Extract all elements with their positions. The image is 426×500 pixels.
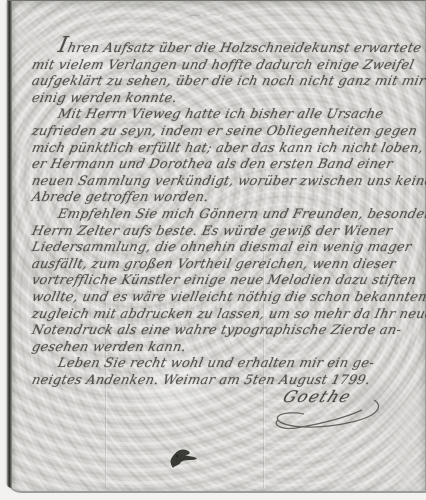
handwriting-line: wollte, und es wäre vielleicht nöthig di…: [30, 290, 420, 307]
handwriting-line: Ihren Aufsatz über die Holzschneidekunst…: [30, 38, 420, 58]
handwriting-line: neigtes Andenken. Weimar am 5ten August …: [30, 373, 420, 390]
letter-body: Ihren Aufsatz über die Holzschneidekunst…: [30, 38, 416, 389]
handwriting-line: neuen Sammlung verkündigt, worüber zwisc…: [30, 174, 420, 191]
handwriting-line: Leben Sie recht wohl und erhalten mir ei…: [30, 356, 420, 373]
scanned-letter-page: Ihren Aufsatz über die Holzschneidekunst…: [0, 0, 426, 500]
handwriting-line: zufrieden zu seyn, indem er seine Oblieg…: [30, 124, 420, 141]
page-edge-shadow: [6, 1, 12, 488]
handwriting-line: aufgeklärt zu sehen, über die ich noch n…: [30, 74, 420, 91]
handwriting-line: ausfällt, zum großen Vortheil gereichen,…: [30, 257, 420, 274]
ink-blot-mark: [167, 444, 201, 470]
handwriting-line: Liedersammlung, die ohnehin diesmal ein …: [30, 240, 420, 257]
handwriting-line: zugleich mit abdrucken zu lassen, um so …: [30, 307, 420, 324]
handwriting-line: Mit Herrn Vieweg hatte ich bisher alle U…: [30, 107, 420, 124]
handwriting-line: gesehen werden kann.: [30, 340, 420, 357]
handwriting-line: er Hermann und Dorothea als den ersten B…: [30, 157, 420, 174]
pencil-smudge-mark: [188, 10, 228, 20]
handwriting-line: einig werden konnte.: [30, 91, 420, 108]
handwriting-line: Herrn Zelter aufs beste. Es würde gewiß …: [30, 224, 420, 241]
signature-flourish: [262, 396, 388, 432]
handwriting-line: Empfehlen Sie mich Gönnern und Freunden,…: [30, 207, 420, 224]
handwriting-line: Abrede getroffen worden.: [30, 190, 420, 207]
handwriting-line: Notendruck als eine wahre typographische…: [30, 323, 420, 340]
handwriting-line: mich pünktlich erfüllt hat; aber das kan…: [30, 141, 420, 158]
handwriting-line: vortreffliche Künstler einige neue Melod…: [30, 273, 420, 290]
handwriting-line: mit vielem Verlangen und hoffte dadurch …: [30, 58, 420, 75]
